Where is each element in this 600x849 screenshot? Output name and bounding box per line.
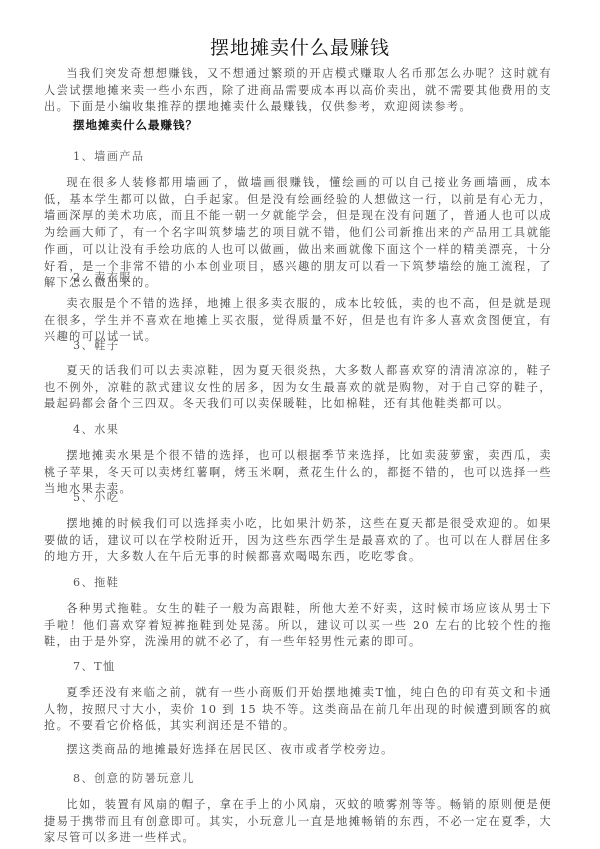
section-7-paragraph-2: 摆这类商品的地摊最好选择在居民区、夜市或者学校旁边。 [44, 742, 552, 759]
intro-paragraph: 当我们突发奇想想赚钱，又不想通过繁琐的开店模式赚取人名币那怎么办呢？这时就有人尝… [44, 66, 552, 116]
section-heading-7: 7、T恤 [73, 658, 116, 674]
section-heading-8: 8、创意的防暑玩意儿 [73, 770, 195, 786]
section-heading-5: 5、小吃 [73, 489, 119, 505]
section-subtitle: 摆地摊卖什么最赚钱？ [73, 117, 198, 133]
section-heading-4: 4、水果 [73, 421, 119, 437]
section-4-paragraph: 摆地摊卖水果是个很不错的选择，也可以根据季节来选择，比如卖菠萝蜜，卖西瓜，卖桃子… [44, 448, 552, 498]
section-8-paragraph: 比如，装置有风扇的帽子，拿在手上的小风扇，灭蚊的喷雾剂等等。畅销的原则便是便捷易… [44, 797, 552, 847]
section-5-paragraph: 摆地摊的时候我们可以选择卖小吃，比如果汁奶茶，这些在夏天都是很受欢迎的。如果要做… [44, 516, 552, 566]
section-heading-2: 2、卖衣服 [73, 269, 132, 285]
section-7-paragraph: 夏季还没有来临之前，就有一些小商贩们开始摆地摊卖T恤，纯白色的印有英文和卡通人物… [44, 685, 552, 735]
section-2-paragraph: 卖衣服是个不错的选择，地摊上很多卖衣服的，成本比较低，卖的也不高，但是就是现在很… [44, 296, 552, 346]
section-heading-6: 6、拖鞋 [73, 574, 119, 590]
section-6-paragraph: 各种男式拖鞋。女生的鞋子一般为高跟鞋，所他大差不好卖，这时候市场应该从男士下手啦… [44, 601, 552, 651]
section-3-paragraph: 夏天的话我们可以去卖凉鞋，因为夏天很炎热，大多数人都喜欢穿的清清凉凉的，鞋子也不… [44, 363, 552, 413]
section-heading-3: 3、鞋子 [73, 337, 119, 353]
document-title: 摆地摊卖什么最赚钱 [0, 33, 600, 60]
section-heading-1: 1、墙画产品 [73, 148, 144, 164]
